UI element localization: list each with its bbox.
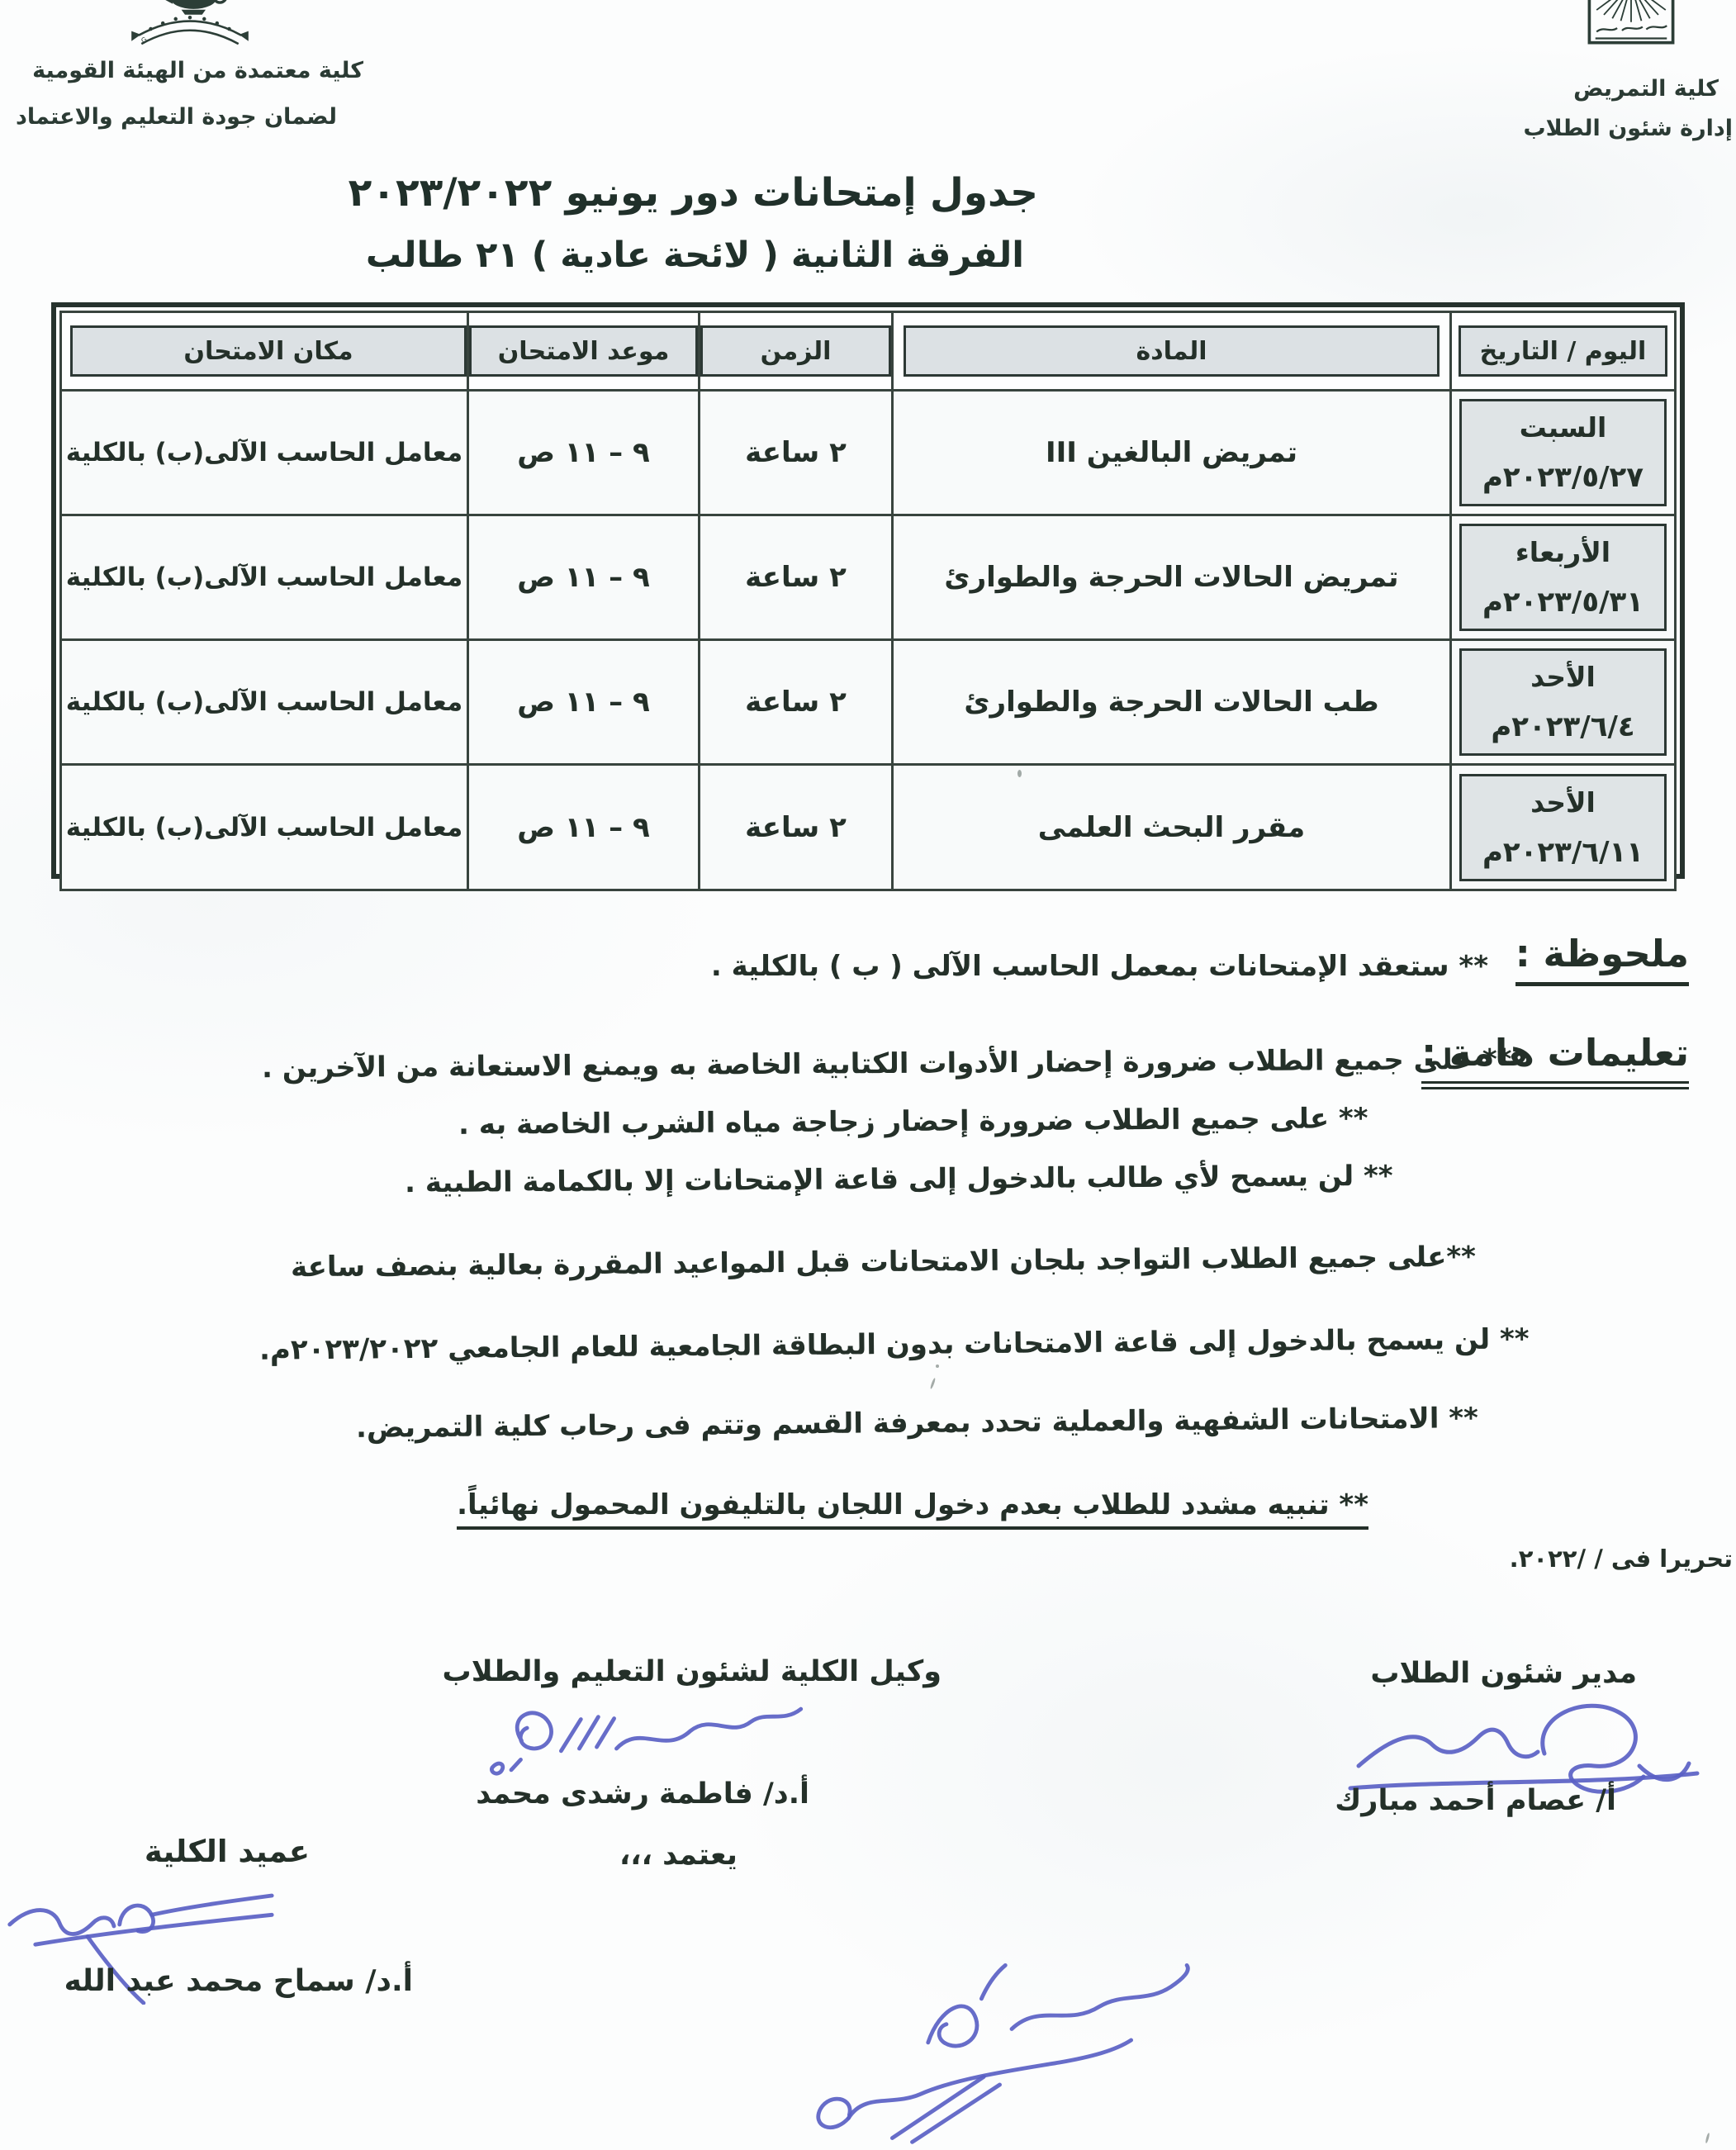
accreditation-line-2: لضمان جودة التعليم والاعتماد	[40, 104, 337, 130]
day-date-cell: السبت ٢٠٢٣/٥/٢٧م	[1451, 391, 1676, 515]
note-label: ملحوظة :	[1515, 932, 1689, 986]
instruction-line: ** لن يسمح بالدخول إلى قاعة الامتحانات ب…	[259, 1322, 1530, 1366]
day-date-cell: الأحد ٢٠٢٣/٦/١١م	[1451, 765, 1676, 890]
vice-dean-signature	[458, 1692, 830, 1787]
vice-dean-title: وكيل الكلية لشئون التعليم والطلاب	[462, 1655, 942, 1688]
exam-day: الأربعاء	[1515, 536, 1610, 568]
duration-cell: ٢ ساعة	[700, 391, 893, 515]
time-cell: ٩ – ١١ ص	[468, 640, 700, 765]
exam-schedule-title: جدول إمتحانات دور يونيو ٢٠٢٣/٢٠٢٢	[460, 170, 1038, 216]
phone-warning: ** تنبيه مشدد للطلاب بعدم دخول اللجان با…	[457, 1488, 1368, 1530]
svg-text:FACULTY OF NURSING: FACULTY OF NURSING	[111, 0, 149, 45]
table-header-row: اليوم / التاريخ المادة الزمن موعد الامتح…	[61, 312, 1676, 391]
duration-cell: ٢ ساعة	[700, 640, 893, 765]
col-header-time: موعد الامتحان	[468, 312, 700, 391]
instruction-line: **على جميع الطلاب التواجد بلجان الامتحان…	[291, 1241, 1476, 1284]
instruction-line: ** على جميع الطلاب ضرورة إحضار زجاجة ميا…	[458, 1102, 1368, 1141]
manager-name: أ/ عصام أحمد مبارك	[1352, 1784, 1616, 1817]
subject-cell: تمريض البالغين III	[893, 391, 1451, 515]
student-affairs-dept: إدارة شئون الطلاب	[1559, 116, 1733, 141]
exam-row: الأربعاء ٢٠٢٣/٥/٣١م تمريض الحالات الحرجة…	[61, 515, 1676, 640]
scan-speck	[936, 1365, 939, 1368]
exam-table-frame: اليوم / التاريخ المادة الزمن موعد الامتح…	[51, 302, 1685, 879]
exam-table: اليوم / التاريخ المادة الزمن موعد الامتح…	[59, 311, 1677, 891]
scan-speck	[1705, 2133, 1710, 2143]
scan-speck	[1017, 770, 1022, 777]
time-cell: ٩ – ١١ ص	[468, 515, 700, 640]
subject-cell: تمريض الحالات الحرجة والطوارئ	[893, 515, 1451, 640]
instruction-line: ** الامتحانات الشفهية والعملية تحدد بمعر…	[356, 1402, 1478, 1445]
place-cell: معامل الحاسب الآلى(ب) بالكلية	[61, 515, 468, 640]
logo-caption: FACULTY OF NURSING	[111, 0, 149, 45]
approval-word: يعتمد ،،،	[619, 1839, 738, 1872]
faculty-of-nursing-logo-icon: FACULTY OF NURSING	[111, 0, 268, 59]
dean-name: أ.د/ سماح محمد عبد الله	[91, 1964, 413, 1998]
scanned-exam-schedule-document: FACULTY OF NURSING كلية معتمدة من الهيئة…	[0, 0, 1736, 2150]
col-header-day-date: اليوم / التاريخ	[1451, 312, 1676, 391]
col-header-place: مكان الامتحان	[61, 312, 468, 391]
exam-date: ٢٠٢٣/٥/٣١م	[1482, 586, 1644, 619]
instruction-line: ** لن يسمح لأي طالب بالدخول إلى قاعة الإ…	[405, 1160, 1393, 1199]
place-cell: معامل الحاسب الآلى(ب) بالكلية	[61, 640, 468, 765]
day-date-cell: الأحد ٢٠٢٣/٦/٤م	[1451, 640, 1676, 765]
dean-title: عميد الكلية	[145, 1834, 310, 1869]
place-cell: معامل الحاسب الآلى(ب) بالكلية	[61, 765, 468, 890]
subject-cell: مقرر البحث العلمى	[893, 765, 1451, 890]
exam-row: السبت ٢٠٢٣/٥/٢٧م تمريض البالغين III ٢ سا…	[61, 391, 1676, 515]
exam-date: ٢٠٢٣/٦/١١م	[1482, 836, 1644, 869]
place-cell: معامل الحاسب الآلى(ب) بالكلية	[61, 391, 468, 515]
exam-day: السبت	[1520, 411, 1607, 444]
faculty-name: كلية التمريض	[1559, 76, 1733, 102]
col-header-duration: الزمن	[700, 312, 893, 391]
instruction-line: ** على جميع الطلاب ضرورة إحضار الأدوات ا…	[261, 1043, 1511, 1085]
time-cell: ٩ – ١١ ص	[468, 391, 700, 515]
exam-row: الأحد ٢٠٢٣/٦/١١م مقرر البحث العلمى ٢ ساع…	[61, 765, 1676, 890]
handwritten-signature	[772, 1951, 1251, 2150]
exam-day: الأحد	[1530, 661, 1596, 693]
day-date-cell: الأربعاء ٢٠٢٣/٥/٣١م	[1451, 515, 1676, 640]
grade-subtitle: الفرقة الثانية ( لائحة عادية ) ٢١ طالب	[446, 235, 1024, 276]
duration-cell: ٢ ساعة	[700, 765, 893, 890]
accreditation-line-1: كلية معتمدة من الهيئة القومية	[66, 58, 363, 83]
written-on-line: تحريرا فى / /٢٠٢٢.	[1510, 1545, 1733, 1573]
exam-day: الأحد	[1530, 786, 1596, 819]
vice-dean-name: أ.د/ فاطمة رشدى محمد	[496, 1777, 809, 1811]
subject-cell: طب الحالات الحرجة والطوارئ	[893, 640, 1451, 765]
note-text: ** ستعقد الإمتحانات بمعمل الحاسب الآلى (…	[711, 950, 1488, 983]
exam-row: الأحد ٢٠٢٣/٦/٤م طب الحالات الحرجة والطوا…	[61, 640, 1676, 765]
exam-date: ٢٠٢٣/٥/٢٧م	[1482, 461, 1644, 494]
duration-cell: ٢ ساعة	[700, 515, 893, 640]
col-header-subject: المادة	[893, 312, 1451, 391]
time-cell: ٩ – ١١ ص	[468, 765, 700, 890]
university-logo-icon	[1586, 0, 1677, 59]
scan-speck	[930, 1378, 937, 1389]
exam-date: ٢٠٢٣/٦/٤م	[1491, 710, 1634, 743]
